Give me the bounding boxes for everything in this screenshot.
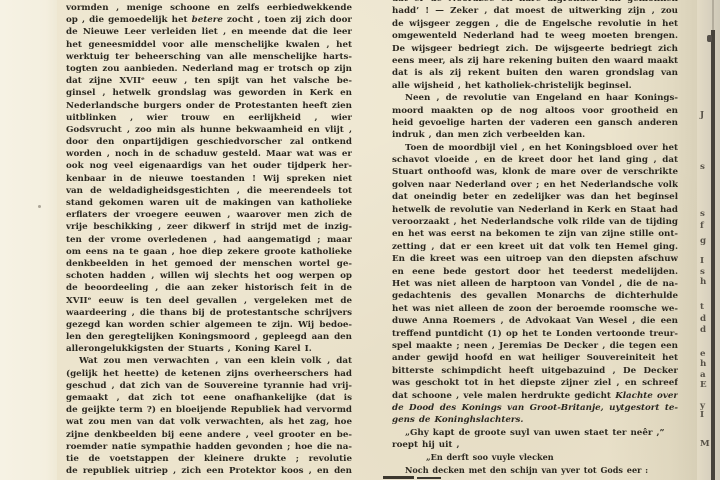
text-line: de wijsgeer zeggen , die de Engelsche re… [392, 18, 678, 30]
text-line: dat zijne XVIIᵉ eeuw , ten spijt van het… [66, 75, 352, 87]
text-line: veroorzaakt , het Nederlandsche volk ril… [392, 216, 678, 228]
text-segment: Neen , de revolutie van Engeland en haar… [405, 93, 678, 103]
text-line: Nederlandsche burgers onder de Protestan… [66, 100, 352, 112]
text-line: stand gekomen waren uit de makingen van … [66, 197, 352, 209]
text-line: van de weldadigheidsgestichten , die mee… [66, 185, 352, 197]
text-line: Wat zou men verwachten , van een klein v… [66, 355, 352, 367]
text-segment: tie de voetstappen der kleinere drukte ;… [66, 454, 352, 465]
text-line: werktuig ter beheersching van alle mensc… [66, 51, 352, 63]
text-line: togten zou aanbieden. Nederland mag er t… [66, 63, 352, 75]
text-line: zetting , dat er een kreet uit dat volk … [392, 241, 678, 253]
footnote-rule [417, 477, 441, 479]
gutter-letter: e [700, 349, 712, 359]
text-line: heid gevoelige harten der vaderen een ga… [392, 117, 678, 129]
text-segment: zocht , toen zij zich door [223, 15, 352, 25]
text-line: op , die gemoedelijk het betere zocht , … [66, 14, 352, 26]
footnote-rule [383, 476, 414, 479]
text-line: eens meer, als zij hare rekening buiten … [392, 55, 678, 67]
text-line: ginsel , hetwelk grondslag was geworden … [66, 87, 352, 99]
text-line: zijne denkbeelden bij eene andere , veel… [66, 429, 352, 441]
text-segment: erflaters der vroegere eeuwen , waarover… [66, 210, 352, 220]
text-segment: allerongelukkigsten der Stuarts , Koning… [66, 344, 312, 354]
text-segment: de wijsgeer zeggen , die de Engelsche re… [392, 19, 678, 29]
text-line: „Ghy kapt de groote suyl van uwen staet … [392, 427, 678, 439]
gutter-letter: E [700, 380, 712, 390]
text-segment: en eene bede gestort door het teederst m… [392, 267, 678, 277]
text-line: len den geregtelijken Koningsmoord , gep… [66, 331, 352, 343]
text-segment: XVIIᵉ eeuw is ten deel gevallen , vergel… [66, 296, 352, 306]
text-line: Stuart onthoofd was, klonk de mare over … [392, 166, 678, 178]
gutter-letter: a [700, 370, 712, 380]
text-segment: alle wijsheid , het katholiek-christelij… [392, 81, 632, 91]
text-line: de republiek uitriep , zich een Protekto… [66, 465, 352, 477]
text-segment: roept hij uit , [392, 440, 459, 450]
text-segment: heid gevoelige harten der vaderen een ga… [392, 118, 678, 128]
text-segment: De wijsgeer bedriegt zich. De wijsgeerte… [392, 44, 678, 55]
text-segment: len den geregtelijken Koningsmoord , gep… [66, 332, 352, 342]
text-line: vrije beschikking , zeer dikwerf in stri… [66, 221, 352, 233]
text-line: geschud , dat zich van de Souvereine tyr… [66, 380, 352, 392]
text-line: dat is als zij rekent buiten den waren g… [392, 67, 678, 79]
text-segment: bitterste schimpdicht heeft uitgebazuind… [392, 366, 678, 376]
text-line: treffend puntdicht (1) op het te Londen … [392, 328, 678, 340]
text-segment: denkbeelden in het gemoed der menschen w… [66, 259, 352, 269]
gutter-letter: d [700, 325, 712, 335]
text-segment: moord maakten op de nog altoos voor groo… [392, 106, 678, 117]
text-line: Godsvrucht , zoo min als hunne bekwaamhe… [66, 124, 352, 136]
text-segment: indruk , dan men zich verbeelden kan. [392, 130, 585, 140]
text-segment: duwe Anna Roemers , de Advokaat Van Wese… [392, 316, 678, 326]
text-line: de Nieuwe Leer verleiden liet , en meend… [66, 26, 352, 38]
text-segment: worden , noch in de schaduw gesteld. Maa… [66, 149, 352, 159]
text-line: bitterste schimpdicht heeft uitgebazuind… [392, 365, 678, 377]
gutter-letter: J [700, 110, 712, 120]
text-line: denkbeelden in het gemoed der menschen w… [66, 258, 352, 270]
gutter-letter: I [700, 256, 712, 266]
gutter-letter: h [700, 359, 712, 369]
text-line: wat zou men van dat volk verwachten, als… [66, 416, 352, 428]
text-segment: de Nieuwe Leer verleiden liet , en meend… [66, 27, 352, 37]
text-line: het geneesmiddel voor alle menschelijke … [66, 39, 352, 51]
text-segment: dat zijne XVIIᵉ eeuw , ten spijt van het… [66, 76, 352, 86]
text-line: roemder natie sympathie hadden gevonden … [66, 441, 352, 453]
text-segment: Wat zou men verwachten , van een klein v… [79, 356, 352, 366]
text-segment: spel maakte ; neen , Jeremias De Decker … [392, 341, 678, 351]
text-segment: werktuig ter beheersching van alle mensc… [66, 52, 352, 62]
text-segment: „En derft soo vuyle vlecken [426, 452, 554, 462]
italic-text-segment: gens de Koninghslachters. [392, 415, 523, 425]
text-line: Noch decken met den schijn van yver tot … [392, 464, 678, 476]
text-line: Het was niet alleen de harptoon van Vond… [392, 278, 678, 290]
gutter-letter: t [700, 302, 712, 312]
text-segment: dat er de Noordzee en hare afgronden van… [392, 0, 678, 4]
text-line: golven naar Nederland over ; en het Nede… [392, 179, 678, 191]
text-line: Neen , de revolutie van Engeland en haar… [392, 92, 678, 104]
text-segment: zijne denkbeelden bij eene andere , veel… [66, 430, 352, 440]
text-line: was geschokt tot in het diepste zijner z… [392, 377, 678, 389]
gutter-letter: s [700, 267, 712, 277]
text-line: kenbaar in de nieuwe toestanden ! Wij sp… [66, 173, 352, 185]
text-line: de beoordeeling , die aan zeker historis… [66, 282, 352, 294]
gutter-shadow-top [712, 0, 714, 30]
text-line: alle wijsheid , het katholiek-christelij… [392, 80, 678, 92]
italic-text-segment: betere [192, 15, 223, 25]
text-line: moord maakten op de nog altoos voor groo… [392, 105, 678, 117]
text-line: spel maakte ; neen , Jeremias De Decker … [392, 340, 678, 352]
gutter-letter: d [700, 314, 712, 324]
left-page-margin [0, 0, 57, 480]
text-line: ander gewijd hoofd en wat heiliger Souve… [392, 352, 678, 364]
text-segment: kenbaar in de nieuwe toestanden ! Wij sp… [66, 174, 352, 184]
text-segment: veroorzaakt , het Nederlandsche volk ril… [392, 217, 678, 228]
text-segment: Godsvrucht , zoo min als hunne bekwaamhe… [66, 125, 352, 135]
text-line: gemaakt , dat zich tot eene onafhankelij… [66, 392, 352, 404]
text-line: allerongelukkigsten der Stuarts , Koning… [66, 343, 352, 355]
text-segment: uitblinken , wier trouw en eerlijkheid ,… [66, 113, 352, 124]
gutter-letter: h [700, 277, 712, 287]
text-segment: dat is als zij rekent buiten den waren g… [392, 68, 678, 78]
text-segment: hetwelk de revolutie van Nederland in Ke… [392, 205, 678, 215]
text-segment: Stuart onthoofd was, klonk de mare over … [392, 167, 678, 177]
text-segment: Noch decken met den schijn van yver tot … [405, 465, 648, 475]
text-line: om eens na te gaan , hoe diep zekere gro… [66, 246, 352, 258]
text-segment: Toen de moordbijl viel , en het Koningsb… [405, 143, 678, 153]
text-line: de Dood des Konings van Groot-Britanje, … [392, 402, 678, 414]
text-line: en eene bede gestort door het teederst m… [392, 266, 678, 278]
text-line: En die kreet was een uitroep van den die… [392, 253, 678, 265]
text-line: uitblinken , wier trouw en eerlijkheid ,… [66, 112, 352, 124]
paper-speck [38, 205, 41, 208]
text-line: worden , noch in de schaduw gesteld. Maa… [66, 148, 352, 160]
text-line: dat oneindig beter en zedelijker was dan… [392, 191, 678, 203]
text-line: schavot vloeide , en de kreet door het l… [392, 154, 678, 166]
text-line: omgewenteld Nederland had te weeg moeten… [392, 30, 678, 42]
gutter-letter: f [700, 221, 712, 231]
text-segment: gemaakt , dat zich tot eene onafhankelij… [66, 393, 352, 404]
text-line: dat schoone , vele malen herdrukte gedic… [392, 390, 678, 402]
text-segment: ten der vrome overledenen , had aangemat… [66, 235, 352, 245]
text-segment: op , die gemoedelijk het [66, 15, 192, 25]
text-segment: (gelijk het heette) de ketenen zijns ove… [66, 369, 352, 380]
gutter-letter: M [700, 439, 712, 449]
text-line: schoten hadden , willen wij slechts het … [66, 270, 352, 282]
text-segment: geschud , dat zich van de Souvereine tyr… [66, 381, 352, 391]
text-line: gedachtenis des gevallen Monarchs de dic… [392, 290, 678, 302]
text-segment: door den onpartijdigen geschiedvorscher … [66, 137, 352, 147]
text-segment: hadd’ ! — Zeker , dat moest de uitwerkin… [392, 6, 678, 16]
text-segment: eens meer, als zij hare rekening buiten … [392, 56, 678, 67]
text-line: „En derft soo vuyle vlecken [392, 451, 678, 463]
text-line: hadd’ ! — Zeker , dat moest de uitwerkin… [392, 5, 678, 17]
text-segment: dat oneindig beter en zedelijker was dan… [392, 192, 678, 202]
text-segment: „Ghy kapt de groote suyl van uwen staet … [405, 428, 665, 438]
text-line: door den onpartijdigen geschiedvorscher … [66, 136, 352, 148]
text-segment: schavot vloeide , en de kreet door het l… [392, 155, 678, 165]
italic-text-segment: Klachte over [615, 391, 678, 401]
text-line: duwe Anna Roemers , de Advokaat Van Wese… [392, 315, 678, 327]
text-segment: Het was niet alleen de harptoon van Vond… [392, 279, 678, 289]
text-segment: ander gewijd hoofd en wat heiliger Souve… [392, 353, 678, 363]
text-segment: gedachtenis des gevallen Monarchs de dic… [392, 291, 678, 302]
text-segment: dat schoone , vele malen herdrukte gedic… [392, 391, 615, 401]
text-segment: waardeering , die thans bij de protestan… [66, 308, 352, 318]
text-line: het was niet alleen de zoon der beroemde… [392, 303, 678, 315]
text-segment: en het was eerst na bekomen te zijn van … [392, 229, 678, 239]
text-line: waardeering , die thans bij de protestan… [66, 307, 352, 319]
text-line: en het was eerst na bekomen te zijn van … [392, 228, 678, 240]
text-segment: vrije beschikking , zeer dikwerf in stri… [66, 222, 352, 232]
text-segment: van de weldadigheidsgestichten , die mee… [66, 186, 352, 196]
gutter-ink-blob [707, 35, 712, 42]
text-segment: het geneesmiddel voor alle menschelijke … [66, 40, 352, 50]
text-line: De wijsgeer bedriegt zich. De wijsgeerte… [392, 43, 678, 55]
text-segment: het was niet alleen de zoon der beroemde… [392, 304, 678, 314]
text-segment: omgewenteld Nederland had te weeg moeten… [392, 31, 678, 41]
text-segment: schoten hadden , willen wij slechts het … [66, 271, 352, 281]
gutter-letter: I [700, 410, 712, 420]
text-line: de geijkte term ?) en bloeijende Republi… [66, 404, 352, 416]
gutter-letter: s [700, 162, 712, 172]
text-segment: togten zou aanbieden. Nederland mag er t… [66, 64, 352, 75]
text-segment: golven naar Nederland over ; en het Nede… [392, 180, 678, 191]
text-segment: treffend puntdicht (1) op het te Londen … [392, 329, 678, 339]
text-segment: ook nog veel eigenaardigs van het ouder … [66, 161, 352, 171]
text-segment: de republiek uitriep , zich een Protekto… [66, 466, 352, 476]
text-line: erflaters der vroegere eeuwen , waarover… [66, 209, 352, 221]
text-line: tie de voetstappen der kleinere drukte ;… [66, 453, 352, 465]
text-line: indruk , dan men zich verbeelden kan. [392, 129, 678, 141]
text-segment: Nederlandsche burgers onder de Protestan… [66, 101, 352, 111]
text-segment: gezegd kan worden schier algemeen te zij… [66, 320, 352, 330]
text-segment: roemder natie sympathie hadden gevonden … [66, 442, 352, 452]
text-line: vormden , menige schoone en zelfs eerbie… [66, 2, 352, 14]
text-line: (gelijk het heette) de ketenen zijns ove… [66, 368, 352, 380]
text-column-left: vormden , menige schoone en zelfs eerbie… [66, 2, 352, 477]
text-line: roept hij uit , [392, 439, 678, 451]
gutter-letter: g [700, 236, 712, 246]
text-segment: En die kreet was een uitroep van den die… [392, 254, 678, 264]
gutter-letter: s [700, 209, 712, 219]
text-segment: de geijkte term ?) en bloeijende Republi… [66, 405, 352, 416]
text-line: ook nog veel eigenaardigs van het ouder … [66, 160, 352, 172]
text-segment: wat zou men van dat volk verwachten, als… [66, 417, 352, 427]
text-segment: ginsel , hetwelk grondslag was geworden … [66, 88, 352, 99]
text-line: Toen de moordbijl viel , en het Koningsb… [392, 142, 678, 154]
text-line: ten der vrome overledenen , had aangemat… [66, 234, 352, 246]
text-segment: zetting , dat er een kreet uit dat volk … [392, 242, 678, 252]
text-line: hetwelk de revolutie van Nederland in Ke… [392, 204, 678, 216]
text-segment: was geschokt tot in het diepste zijner z… [392, 378, 678, 388]
italic-text-segment: de Dood des Konings van Groot-Britanje, … [392, 403, 678, 413]
text-segment: vormden , menige schoone en zelfs eerbie… [66, 3, 352, 14]
text-line: XVIIᵉ eeuw is ten deel gevallen , vergel… [66, 295, 352, 307]
text-column-right: dat er de Noordzee en hare afgronden van… [392, 0, 678, 476]
text-segment: stand gekomen waren uit de makingen van … [66, 198, 352, 208]
text-line: gens de Koninghslachters. [392, 414, 678, 426]
text-segment: de beoordeeling , die aan zeker historis… [66, 283, 352, 293]
text-line: gezegd kan worden schier algemeen te zij… [66, 319, 352, 331]
text-segment: om eens na te gaan , hoe diep zekere gro… [66, 247, 352, 257]
